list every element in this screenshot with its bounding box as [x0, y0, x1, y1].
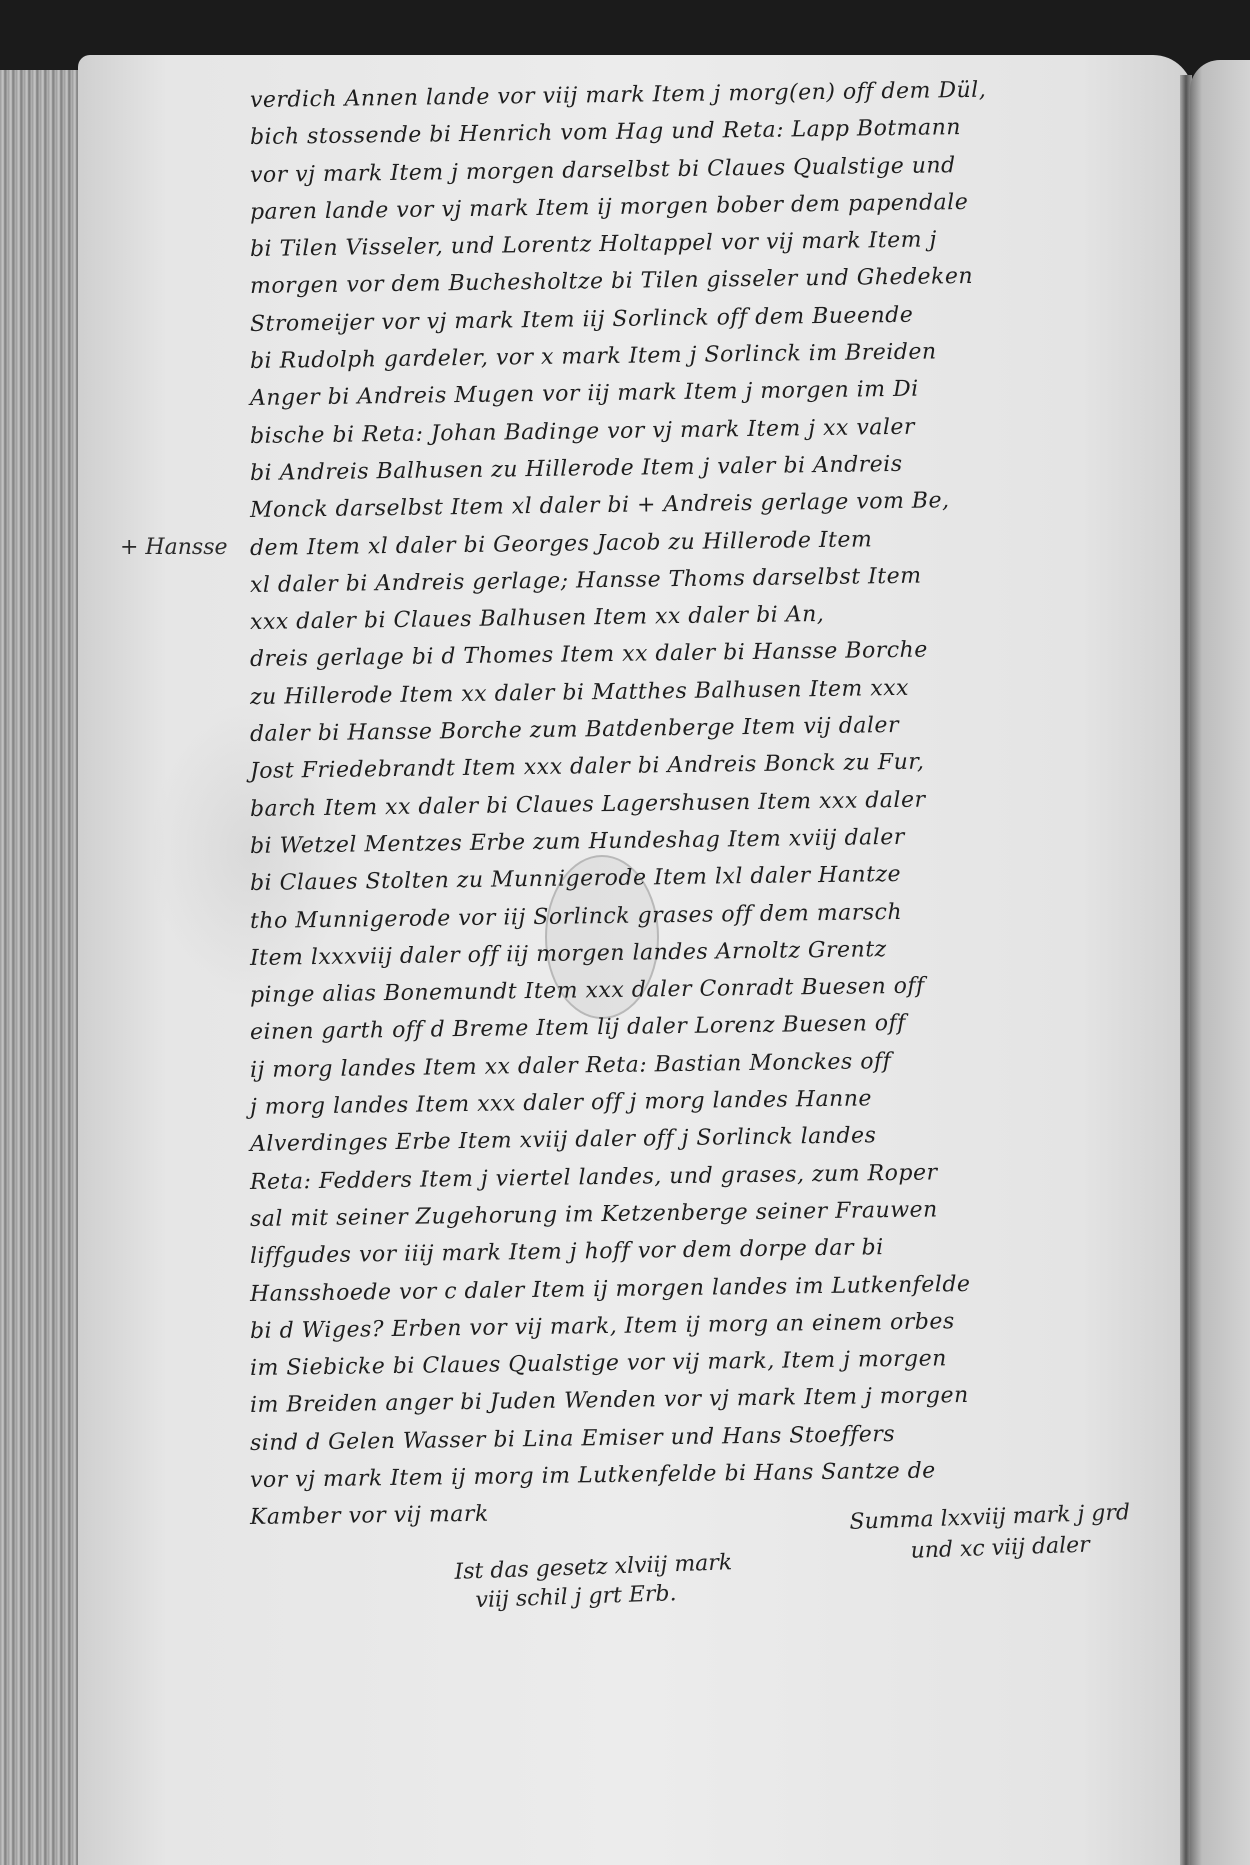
margin-note: + Hansse — [120, 535, 228, 560]
manuscript-text: verdich Annen lande vor viij mark Item j… — [250, 82, 1150, 1537]
summa-total: Summa lxxviij mark j grd und xc viij dal… — [849, 1500, 1131, 1566]
summary-note: Ist das gesetz xlviij mark viij schil j … — [454, 1550, 733, 1614]
facing-page — [1190, 60, 1250, 1865]
